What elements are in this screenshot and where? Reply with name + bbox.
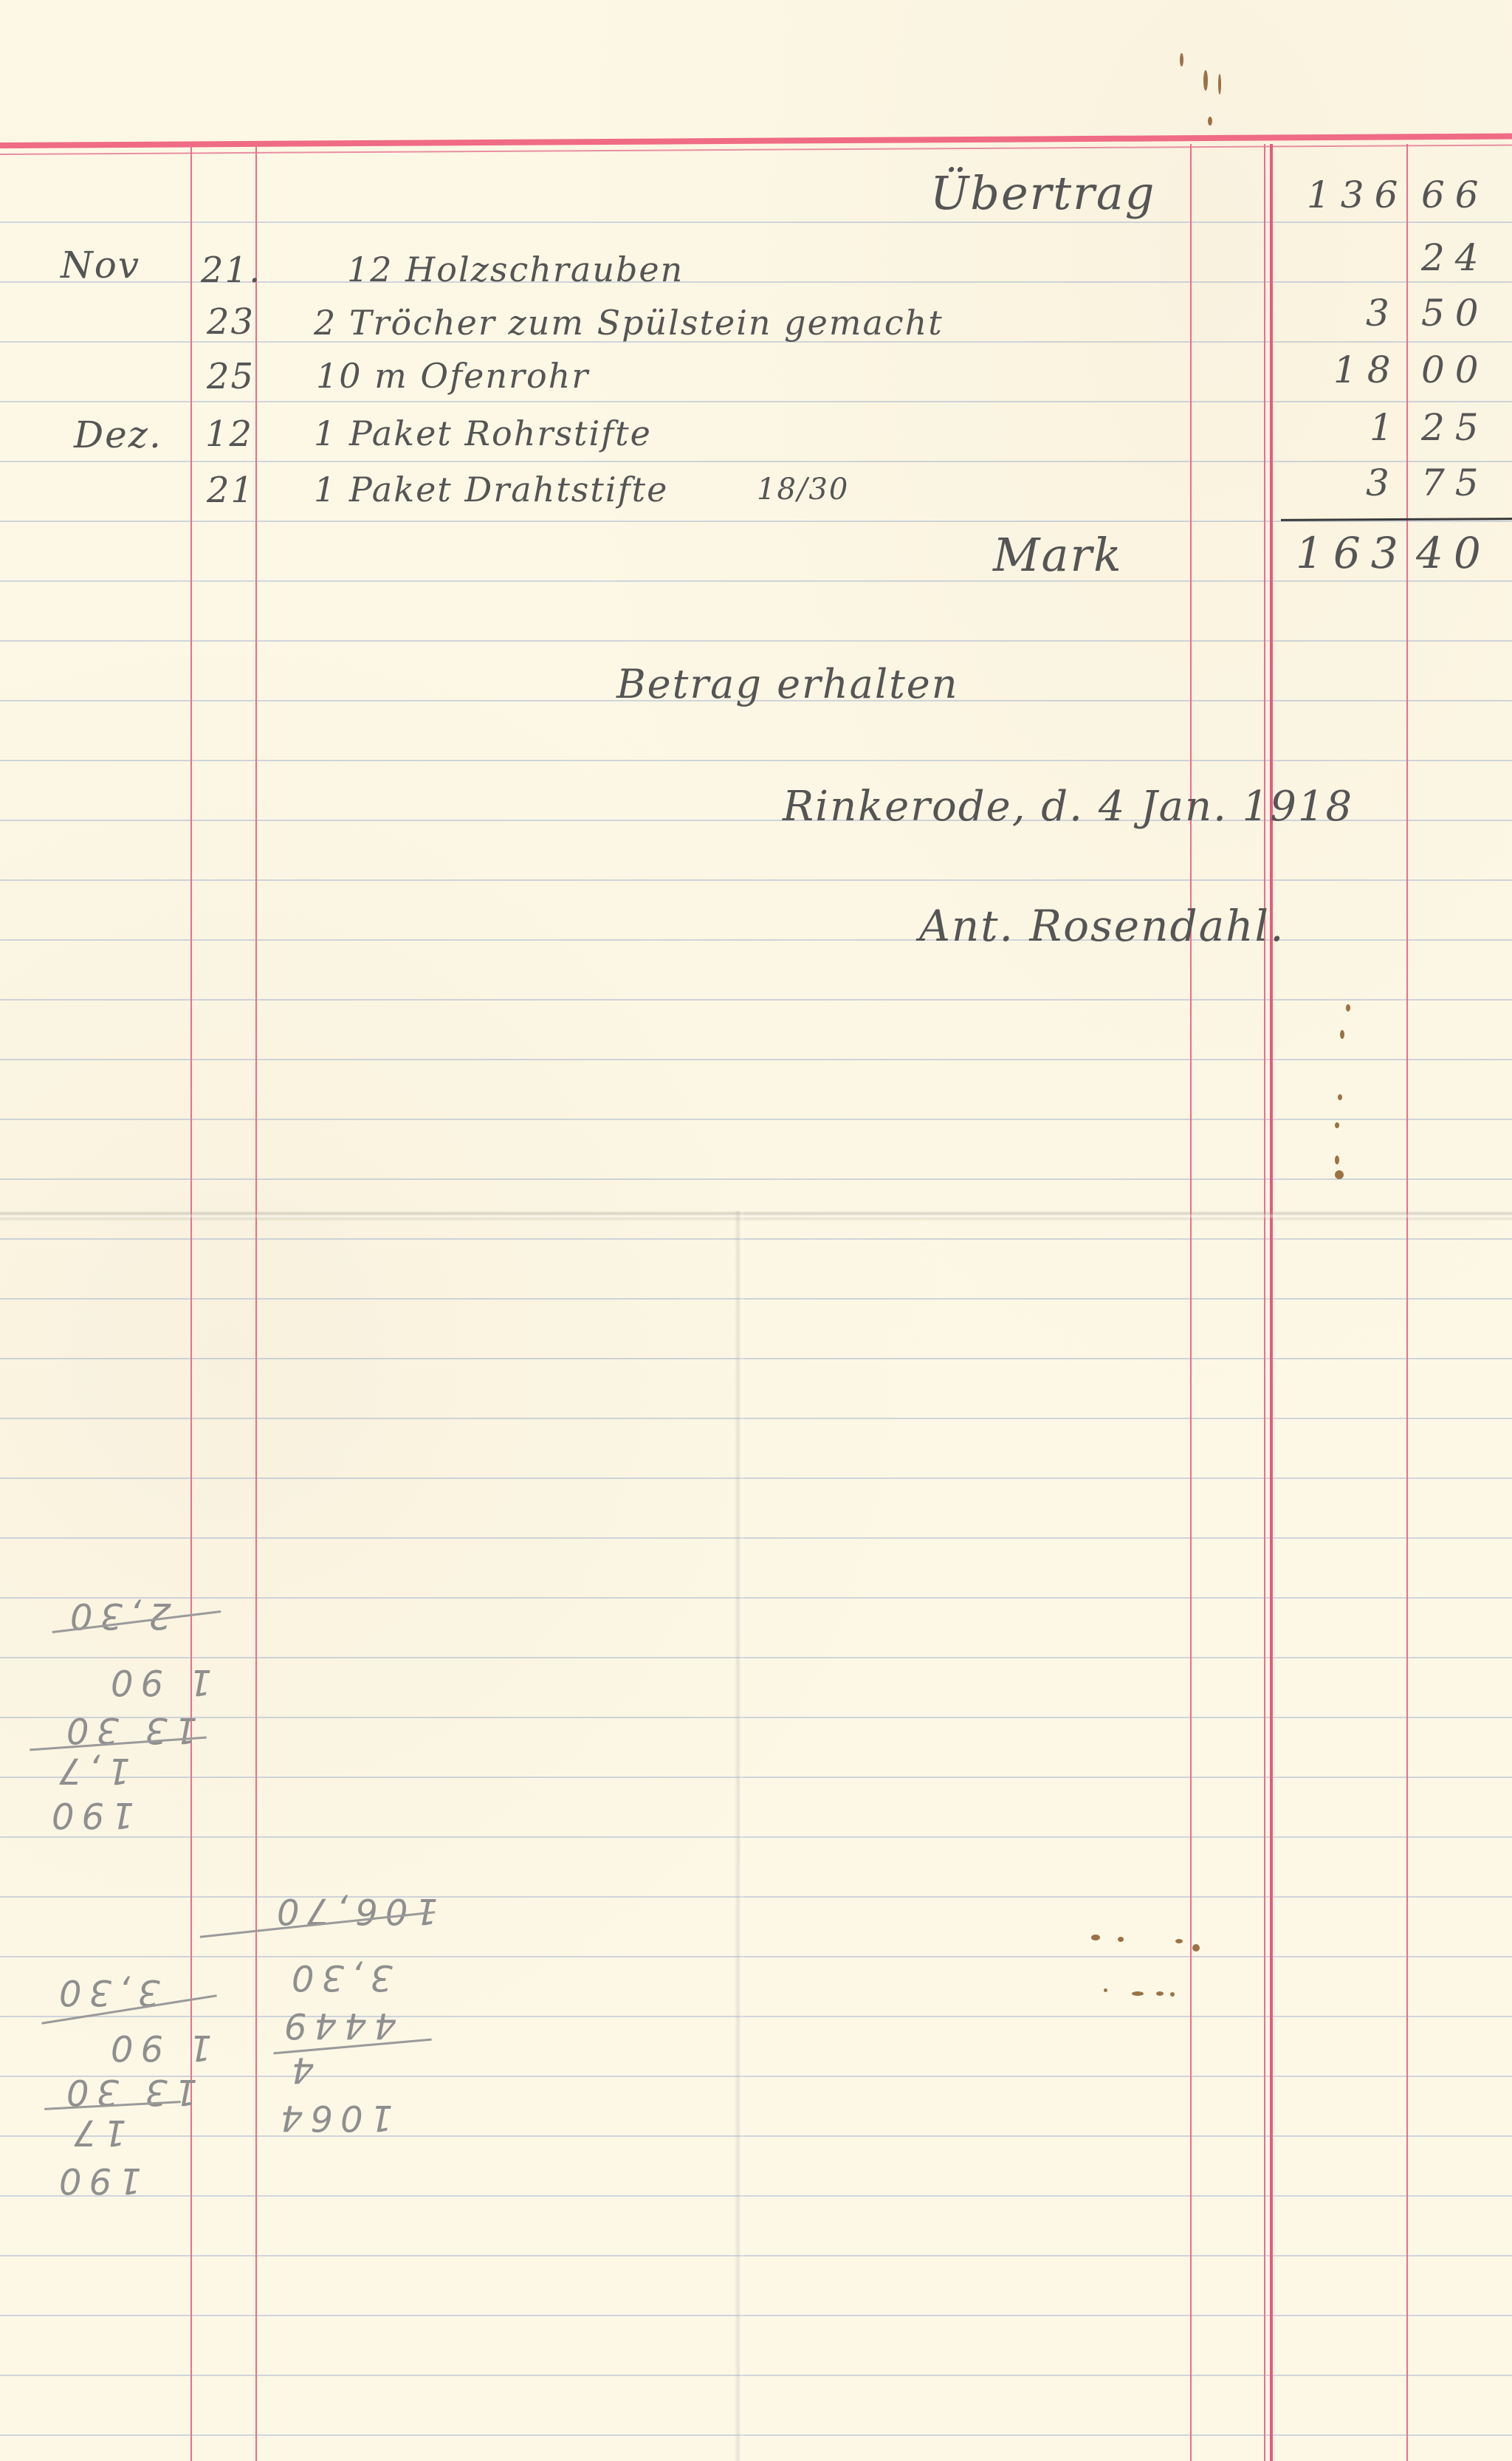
item-pfennig: 00 bbox=[1421, 349, 1489, 391]
item-mark: 18 bbox=[1333, 349, 1401, 391]
total-mark: 163 bbox=[1296, 528, 1409, 578]
item-description: 1 Paket Rohrstifte bbox=[314, 413, 652, 453]
item-month: Nov bbox=[61, 244, 140, 286]
ruled-line bbox=[0, 1298, 1512, 1300]
column-divider-pfennig bbox=[1406, 144, 1408, 2461]
ruled-line bbox=[0, 640, 1512, 642]
ruled-line bbox=[0, 1717, 1512, 1718]
ruled-line bbox=[0, 1777, 1512, 1778]
pencil-figure: 1064 bbox=[273, 2097, 393, 2138]
ruled-line bbox=[0, 1896, 1512, 1898]
item-description: 10 m Ofenrohr bbox=[316, 356, 589, 396]
ruled-line bbox=[0, 1178, 1512, 1180]
ruled-line bbox=[0, 401, 1512, 402]
item-pfennig: 50 bbox=[1421, 292, 1489, 334]
ruled-line bbox=[0, 222, 1512, 223]
ruled-line bbox=[0, 1119, 1512, 1120]
item-day: 12 bbox=[205, 413, 253, 455]
item-description: 12 Holzschrauben bbox=[347, 250, 684, 289]
item-day: 23 bbox=[207, 301, 255, 343]
column-divider-description bbox=[1190, 144, 1192, 2461]
receipt-acknowledgement: Betrag erhalten bbox=[616, 661, 959, 707]
ruled-line bbox=[0, 1358, 1512, 1359]
item-day: 25 bbox=[207, 356, 255, 397]
pencil-figure: 1,7 bbox=[52, 1750, 130, 1791]
fold-crease-horizontal bbox=[0, 1211, 1512, 1221]
carried-forward-mark: 136 bbox=[1307, 174, 1408, 216]
ruled-line bbox=[0, 580, 1512, 582]
fold-crease-vertical bbox=[735, 1211, 745, 2461]
item-description: 1 Paket Drahtstifte bbox=[314, 470, 668, 509]
ruled-line bbox=[0, 1537, 1512, 1539]
ruled-line bbox=[0, 2016, 1512, 2017]
carried-forward-label: Übertrag bbox=[930, 166, 1155, 220]
column-divider-mark-double bbox=[1270, 144, 1273, 2461]
item-description: 2 Tröcher zum Spülstein gemacht bbox=[314, 303, 944, 343]
receipt-signature: Ant. Rosendahl. bbox=[919, 901, 1285, 951]
ruled-line bbox=[0, 1956, 1512, 1957]
pencil-figure: 3,30 bbox=[284, 1957, 393, 1998]
pencil-figure: 4449 bbox=[277, 2005, 396, 2046]
ruled-line bbox=[0, 879, 1512, 881]
column-divider-mark-left bbox=[1264, 144, 1265, 2461]
item-month: Dez. bbox=[74, 413, 162, 456]
item-pfennig: 25 bbox=[1421, 406, 1489, 449]
pencil-figure: 17 bbox=[66, 2112, 126, 2153]
ruled-line bbox=[0, 2195, 1512, 2197]
pencil-figure: 1 90 bbox=[103, 2027, 212, 2068]
pencil-figure: 190 bbox=[44, 1794, 134, 1836]
item-day: 21 bbox=[207, 470, 255, 511]
ruled-line bbox=[0, 1836, 1512, 1838]
item-mark: 3 bbox=[1366, 461, 1400, 504]
ruled-line bbox=[0, 1657, 1512, 1658]
pencil-figure: 4 bbox=[284, 2049, 315, 2090]
item-pfennig: 75 bbox=[1421, 461, 1489, 504]
ruled-line bbox=[0, 1477, 1512, 1479]
ruled-line bbox=[0, 2135, 1512, 2137]
ruled-line bbox=[0, 2255, 1512, 2256]
total-label: Mark bbox=[993, 528, 1123, 582]
ruled-line bbox=[0, 1238, 1512, 1240]
total-pfennig: 40 bbox=[1416, 528, 1491, 578]
item-note: 18/30 bbox=[757, 473, 849, 507]
pencil-figure: 2,30 bbox=[63, 1595, 171, 1636]
ruled-line bbox=[0, 999, 1512, 1000]
ruled-line bbox=[0, 1418, 1512, 1419]
receipt-place-date: Rinkerode, d. 4 Jan. 1918 bbox=[783, 783, 1353, 831]
item-mark: 3 bbox=[1366, 292, 1400, 334]
column-divider-day bbox=[255, 144, 257, 2461]
column-divider-month bbox=[190, 144, 192, 2461]
ruled-line bbox=[0, 1597, 1512, 1599]
pencil-figure: 190 bbox=[52, 2160, 142, 2201]
carried-forward-pfennig: 66 bbox=[1421, 174, 1489, 216]
pencil-figure: 1 90 bbox=[103, 1661, 212, 1703]
ruled-line bbox=[0, 760, 1512, 761]
ruled-line bbox=[0, 461, 1512, 462]
ruled-line bbox=[0, 2076, 1512, 2077]
ruled-line bbox=[0, 2434, 1512, 2436]
item-pfennig: 24 bbox=[1421, 236, 1489, 279]
item-mark: 1 bbox=[1370, 406, 1403, 449]
ruled-line bbox=[0, 2315, 1512, 2316]
item-day: 21. bbox=[201, 250, 261, 291]
ruled-line bbox=[0, 2375, 1512, 2376]
ruled-line bbox=[0, 1059, 1512, 1060]
